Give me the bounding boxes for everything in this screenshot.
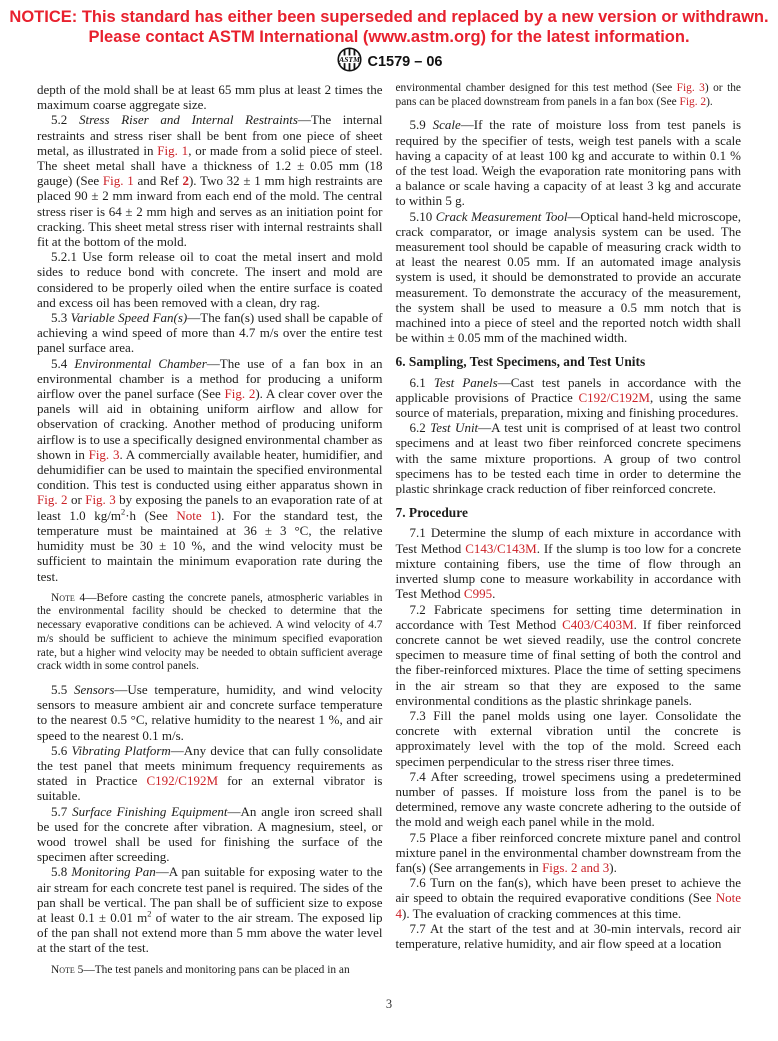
reference-link[interactable]: Fig. 3	[677, 82, 705, 94]
notice-line-2: Please contact ASTM International (www.a…	[0, 27, 778, 47]
body-paragraph: 6.1 Test Panels—Cast test panels in acco…	[396, 375, 742, 421]
text-segment: Stress Riser and Internal Restraints	[79, 112, 298, 127]
reference-link[interactable]: Fig. 1	[157, 143, 188, 158]
text-segment: 5.8	[51, 864, 71, 879]
body-paragraph: 5.7 Surface Finishing Equipment—An angle…	[37, 804, 383, 865]
body-paragraph: 7.3 Fill the panel molds using one layer…	[396, 708, 742, 769]
reference-link[interactable]: Fig. 3	[85, 492, 116, 507]
body-paragraph: depth of the mold shall be at least 65 m…	[37, 82, 383, 112]
text-segment: 5.2	[51, 112, 79, 127]
two-column-body: depth of the mold shall be at least 65 m…	[0, 76, 778, 985]
notice-line-1: NOTICE: This standard has either been su…	[0, 7, 778, 27]
text-segment: and Ref	[134, 173, 183, 188]
body-paragraph: 5.2 Stress Riser and Internal Restraints…	[37, 112, 383, 249]
text-segment: Surface Finishing Equipment	[72, 804, 227, 819]
reference-link[interactable]: C192/C192M	[578, 390, 650, 405]
body-paragraph: 7.1 Determine the slump of each mixture …	[396, 525, 742, 601]
text-segment: ).	[706, 96, 713, 108]
text-segment: or	[68, 492, 86, 507]
text-segment: Vibrating Platform	[71, 743, 170, 758]
body-paragraph: 7.7 At the start of the test and at 30-m…	[396, 921, 742, 951]
astm-logo-icon: ASTM	[336, 46, 363, 78]
document-page: NOTICE: This standard has either been su…	[0, 0, 778, 1041]
text-segment: .	[492, 586, 495, 601]
note-paragraph: environmental chamber designed for this …	[396, 82, 742, 109]
text-segment: 5.7	[51, 804, 72, 819]
text-segment: environmental chamber designed for this …	[396, 82, 677, 94]
text-segment: Monitoring Pan	[71, 864, 155, 879]
reference-link[interactable]: Fig. 2	[680, 96, 707, 108]
note-paragraph: Note 5—The test panels and monitoring pa…	[37, 964, 383, 978]
text-segment: 5.6	[51, 743, 71, 758]
body-paragraph: 7.2 Fabricate specimens for setting time…	[396, 602, 742, 708]
body-paragraph: 7.6 Turn on the fan(s), which have been …	[396, 875, 742, 921]
text-segment: 7.3 Fill the panel molds using one layer…	[396, 708, 742, 769]
text-segment: Test Unit	[430, 420, 478, 435]
text-segment: 7.6 Turn on the fan(s), which have been …	[396, 875, 742, 905]
body-paragraph: 6.2 Test Unit—A test unit is comprised o…	[396, 420, 742, 496]
body-paragraph: 5.8 Monitoring Pan—A pan suitable for ex…	[37, 864, 383, 955]
text-segment: —The test panels and monitoring pans can…	[83, 964, 349, 976]
text-segment: 6. Sampling, Test Specimens, and Test Un…	[396, 354, 646, 369]
standard-designation: C1579 – 06	[368, 54, 443, 70]
text-segment: Variable Speed Fan(s)	[71, 310, 188, 325]
reference-link[interactable]: C192/C192M	[147, 773, 219, 788]
body-paragraph: 5.9 Scale—If the rate of moisture loss f…	[396, 117, 742, 208]
page-footer: 3	[0, 997, 778, 1012]
text-segment: Note 5	[51, 964, 83, 976]
text-segment: ·h (See	[125, 508, 176, 523]
right-column: environmental chamber designed for this …	[396, 82, 742, 985]
reference-link[interactable]: C995	[464, 586, 492, 601]
body-paragraph: 5.2.1 Use form release oil to coat the m…	[37, 249, 383, 310]
reference-link[interactable]: C143/C143M	[465, 541, 537, 556]
text-segment: 5.5	[51, 682, 74, 697]
text-segment: —Optical hand-held microscope, crack com…	[396, 209, 742, 346]
text-segment: ). The evaluation of cracking commences …	[402, 906, 681, 921]
reference-link[interactable]: Figs. 2 and 3	[542, 860, 609, 875]
body-paragraph: 7.4 After screeding, trowel specimens us…	[396, 769, 742, 830]
text-segment: 6.2	[410, 420, 431, 435]
body-paragraph: 5.4 Environmental Chamber—The use of a f…	[37, 356, 383, 584]
page-number: 3	[386, 997, 392, 1011]
text-segment: 5.10	[410, 209, 436, 224]
body-paragraph: 5.6 Vibrating Platform—Any device that c…	[37, 743, 383, 804]
reference-link[interactable]: C403/C403M	[562, 617, 634, 632]
text-segment: Sensors	[74, 682, 114, 697]
left-column: depth of the mold shall be at least 65 m…	[37, 82, 383, 985]
body-paragraph: 5.5 Sensors—Use temperature, humidity, a…	[37, 682, 383, 743]
section-heading: 6. Sampling, Test Specimens, and Test Un…	[396, 354, 742, 369]
superseded-notice: NOTICE: This standard has either been su…	[0, 0, 778, 47]
text-segment: 5.2.1 Use form release oil to coat the m…	[37, 249, 383, 310]
reference-link[interactable]: Fig. 2	[37, 492, 68, 507]
text-segment: 7.7 At the start of the test and at 30-m…	[396, 921, 742, 951]
text-segment: depth of the mold shall be at least 65 m…	[37, 82, 383, 112]
body-paragraph: 5.3 Variable Speed Fan(s)—The fan(s) use…	[37, 310, 383, 356]
body-paragraph: 5.10 Crack Measurement Tool—Optical hand…	[396, 209, 742, 346]
text-segment: Environmental Chamber	[74, 356, 206, 371]
svg-text:ASTM: ASTM	[338, 55, 360, 64]
text-segment: Scale	[433, 117, 461, 132]
text-segment: Crack Measurement Tool	[436, 209, 568, 224]
text-segment: 7.4 After screeding, trowel specimens us…	[396, 769, 742, 830]
text-segment: Note 4	[51, 592, 85, 604]
text-segment: 7. Procedure	[396, 505, 468, 520]
text-segment: Test Panels	[434, 375, 498, 390]
reference-link[interactable]: Fig. 1	[103, 173, 134, 188]
text-segment: 6.1	[410, 375, 434, 390]
document-header: ASTM C1579 – 06	[0, 48, 778, 76]
reference-link[interactable]: Fig. 2	[225, 386, 256, 401]
note-paragraph: Note 4—Before casting the concrete panel…	[37, 592, 383, 674]
reference-link[interactable]: Note 1	[176, 508, 216, 523]
text-segment: —Before casting the concrete panels, atm…	[37, 592, 383, 673]
body-paragraph: 7.5 Place a fiber reinforced concrete mi…	[396, 830, 742, 876]
section-heading: 7. Procedure	[396, 505, 742, 520]
reference-link[interactable]: Fig. 3	[89, 447, 120, 462]
text-segment: ).	[609, 860, 617, 875]
text-segment: 5.3	[51, 310, 71, 325]
text-segment: 5.4	[51, 356, 74, 371]
text-segment: 5.9	[410, 117, 433, 132]
